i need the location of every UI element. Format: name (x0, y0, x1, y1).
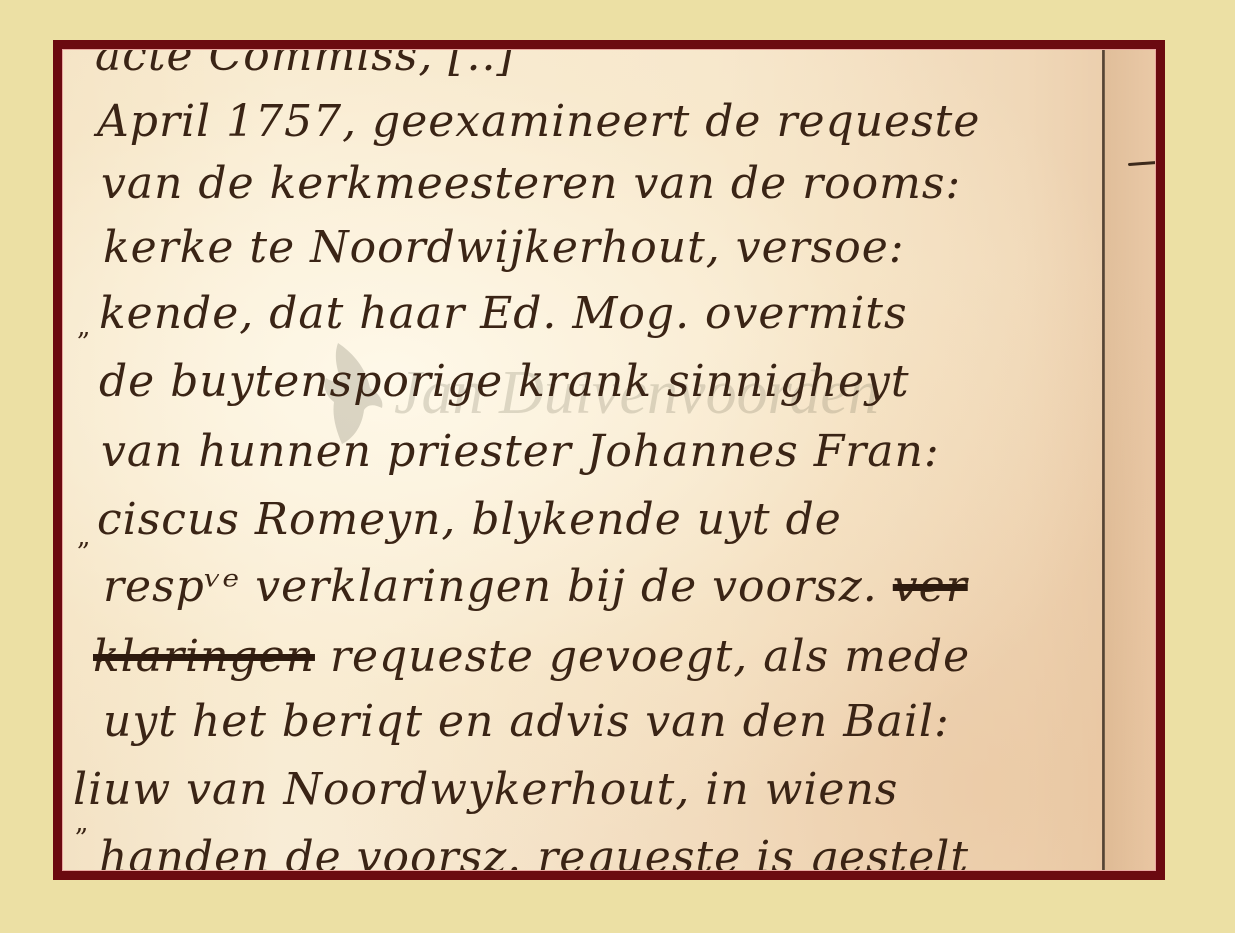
quote-mark: „ (77, 522, 90, 552)
manuscript-photo: Jan Duivenvoorden acte Commiss, [..] Apr… (62, 49, 1156, 871)
quote-mark: „ (75, 808, 88, 838)
manuscript-line-12: liuw van Noordwykerhout, in wiens (73, 768, 898, 812)
manuscript-line-13: handen de voorsz. requeste is gestelt (99, 836, 969, 871)
manuscript-line-5: kende, dat haar Ed. Mog. overmits (99, 292, 908, 336)
manuscript-line-1: acte Commiss, [..] (95, 49, 515, 78)
manuscript-line-4: kerke te Noordwijkerhout, versoe: (103, 226, 905, 270)
struck-word: klaringen (93, 631, 315, 682)
manuscript-line-9: respᵛᵉ verklaringen bij de voorsz. ver (103, 565, 968, 609)
manuscript-line-2: April 1757, geexamineert de requeste (97, 100, 980, 144)
page-margin-rule (1102, 50, 1105, 870)
struck-word: ver (893, 561, 968, 612)
adjacent-page-edge (1105, 50, 1155, 870)
quote-mark: „ (77, 312, 90, 342)
manuscript-line-8: ciscus Romeyn, blykende uyt de (97, 498, 842, 542)
manuscript-line-11: uyt het beriqt en advis van den Bail: (103, 700, 950, 744)
line-10-text: requeste gevoegt, als mede (330, 631, 970, 682)
picture-frame: Jan Duivenvoorden acte Commiss, [..] Apr… (53, 40, 1165, 880)
manuscript-line-10: klaringen requeste gevoegt, als mede (93, 635, 970, 679)
manuscript-line-3: van de kerkmeesteren van de rooms: (101, 162, 961, 206)
manuscript-line-6: de buytensporige krank sinnigheyt (99, 360, 910, 404)
line-9-text: respᵛᵉ verklaringen bij de voorsz. (103, 561, 878, 612)
manuscript-line-7: van hunnen priester Johannes Fran: (101, 430, 940, 474)
